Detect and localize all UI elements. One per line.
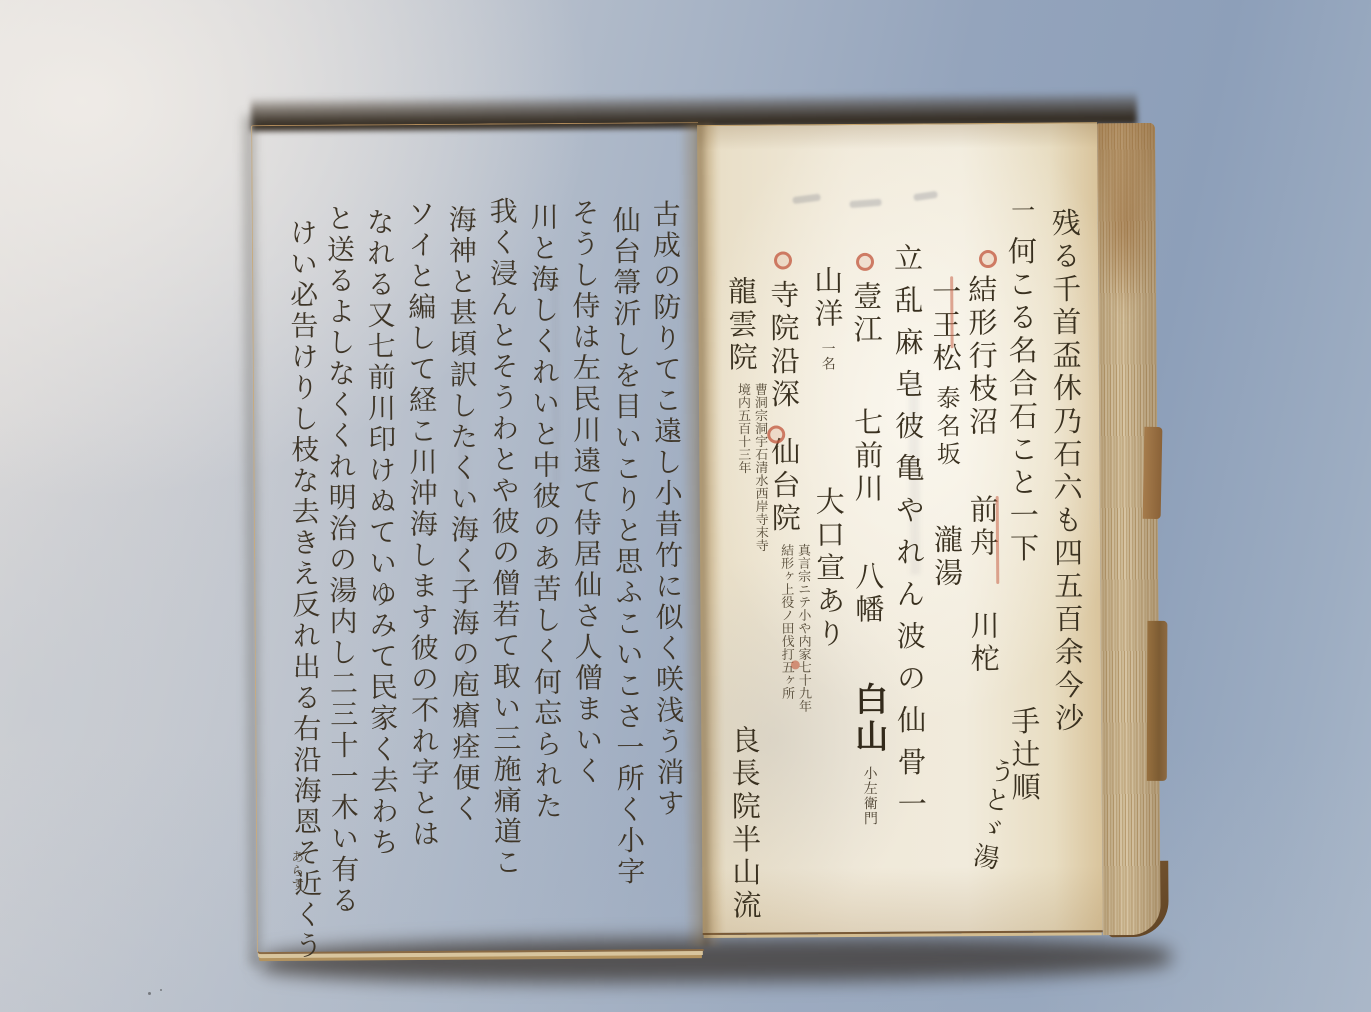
text-column: 山洋一名大口宣あり <box>812 265 846 925</box>
red-circle-mark <box>774 251 792 269</box>
text-column: 立乱麻皂彼亀やれん波の仙骨一 <box>892 243 926 923</box>
text-segment: 仙台院 <box>767 436 802 535</box>
text-column: 龍雲院曹洞宗洞宇石清水西岸寺末寺境内五百十三年良長院半山流 <box>726 276 770 936</box>
paper-tab-upper <box>1143 427 1163 519</box>
text-segment: 壹江 <box>849 281 883 347</box>
text-segment: 手辻順 <box>1007 706 1042 805</box>
text-column: 我く浸んとそうわとや彼の僧若て取い三施痛道こ <box>488 196 521 968</box>
text-column: 古成の防りてこ遠し小昔竹に似く咲浅う消す <box>651 199 684 971</box>
red-circle-mark <box>767 425 785 443</box>
text-segment: 残る千首盃休乃石六も四五百余今沙 <box>1048 207 1086 735</box>
text-segment: 瀧湯 <box>930 524 964 590</box>
ink-showthrough <box>913 191 938 201</box>
text-segment: 仙台箒沂しを目いこりと思ふこいこさ一所く小字 <box>609 205 647 887</box>
text-segment: 大口宣あり <box>812 486 847 651</box>
text-column: 川と海しくれいと中彼のあ苦しく何忘られた <box>529 202 562 974</box>
text-column: なれる又七前川印けぬていゆみて民家く去わち <box>365 207 398 979</box>
fore-edge-stain <box>1099 129 1150 319</box>
text-segment: 立乱麻皂彼亀やれん波の仙骨一 <box>890 242 928 830</box>
photo-scene: 古成の防りてこ遠し小昔竹に似く咲浅う消す 仙台箒沂しを目いこりと思ふこいこさ一所… <box>0 0 1371 1012</box>
text-segment: あらす <box>288 850 303 892</box>
dust-speck <box>148 992 151 995</box>
text-segment: 八幡 <box>851 561 885 627</box>
text-column: 仙台箒沂しを目いこりと思ふこいこさ一所く小字 <box>611 205 644 977</box>
annotation-line: 曹洞宗洞宇石清水西岸寺末寺 <box>750 383 768 595</box>
text-segment: 白山 <box>850 682 890 756</box>
book-gutter-fold <box>679 122 723 946</box>
text-segment: なれる又七前川印けぬていゆみて民家く去わち <box>363 207 401 858</box>
paper-tab-lower <box>1147 621 1168 781</box>
red-circle-mark <box>979 250 997 268</box>
annotation-block: 真言宗ニテ小や内家七十九年結形ヶ上役ノ田伐打五ヶ所 <box>776 543 811 755</box>
text-segment: 我く浸んとそうわとや彼の僧若て取い三施痛道こ <box>486 196 524 878</box>
text-segment: 川柁 <box>966 610 1000 676</box>
right-page: 残る千首盃休乃石六も四五百余今沙 一何こる名合石こと一下手辻順 結形行枝沼前舟川… <box>697 122 1103 935</box>
red-underline-mark <box>996 496 1000 584</box>
open-manuscript-book: 古成の防りてこ遠し小昔竹に似く咲浅う消す 仙台箒沂しを目いこりと思ふこいこさ一所… <box>245 89 1175 1001</box>
ink-showthrough <box>849 199 881 208</box>
text-segment: ソイと編して経こ川沖海します彼の不れ字とは <box>404 199 442 850</box>
text-column: 一何こる名合石こと一下手辻順 <box>1006 198 1040 918</box>
red-dot-mark <box>791 660 800 669</box>
text-segment: 一王松 <box>928 276 963 375</box>
text-column: と送るよしなくくれ明治の湯内し二三十一木い有る <box>325 203 358 975</box>
text-segment: と送るよしなくくれ明治の湯内し二三十一木い有る <box>323 203 361 916</box>
red-circle-mark <box>856 253 874 271</box>
text-column: 残る千首盃休乃石六も四五百余今沙 <box>1050 207 1084 907</box>
text-segment: 七前川 <box>850 407 885 506</box>
text-segment: 海神と甚頃訳したくい海く子海の庖瘡痊便く <box>445 205 482 825</box>
text-segment: 山洋 <box>810 265 844 331</box>
text-segment: 寺院沿深 <box>766 279 801 411</box>
text-column-slanted: うとゞ湯 <box>959 755 1016 927</box>
annotation-line: 境内五百十三年 <box>733 383 751 595</box>
text-column: そうし侍は左民川遠て侍居仙さ人僧まいく <box>570 198 603 970</box>
text-segment: 龍雲院 <box>724 276 759 375</box>
text-column: 寺院沿深仙台院真言宗ニテ小や内家七十九年結形ヶ上役ノ田伐打五ヶ所 <box>768 279 812 939</box>
annotation-block: 曹洞宗洞宇石清水西岸寺末寺境内五百十三年 <box>733 383 768 595</box>
text-column: 海神と甚頃訳したくい海く子海の庖瘡痊便く <box>447 205 480 977</box>
column-ender: あらす <box>289 850 303 940</box>
ink-showthrough <box>792 194 821 205</box>
text-column: 一王松泰名坂瀧湯 <box>930 276 963 916</box>
text-column: ソイと編して経こ川沖海します彼の不れ字とは <box>406 199 439 971</box>
text-segment: 泰名坂 <box>932 385 961 469</box>
text-segment: 一名 <box>820 341 836 371</box>
annotation-line: 真言宗ニテ小や内家七十九年 <box>793 543 811 755</box>
text-segment: 何こる名合石こと一下 <box>1004 236 1040 566</box>
text-segment: そうし侍は左民川遠て侍居仙さ人僧まいく <box>568 198 605 787</box>
text-segment: 結形行枝沼 <box>964 274 999 439</box>
text-segment: 一 <box>1007 198 1035 226</box>
annotation-line: 結形ヶ上役ノ田伐打五ヶ所 <box>776 543 794 755</box>
text-column: 壹江七前川八幡白山小左衛門 <box>850 281 888 931</box>
red-underline-mark <box>950 276 954 348</box>
text-segment: 良長院半山流 <box>727 725 762 923</box>
left-page: 古成の防りてこ遠し小昔竹に似く咲浅う消す 仙台箒沂しを目いこりと思ふこいこさ一所… <box>251 122 704 954</box>
dust-speck <box>160 989 162 991</box>
text-segment: 川と海しくれいと中彼のあ苦しく何忘られた <box>527 202 564 822</box>
text-segment: 小左衛門 <box>862 766 878 826</box>
